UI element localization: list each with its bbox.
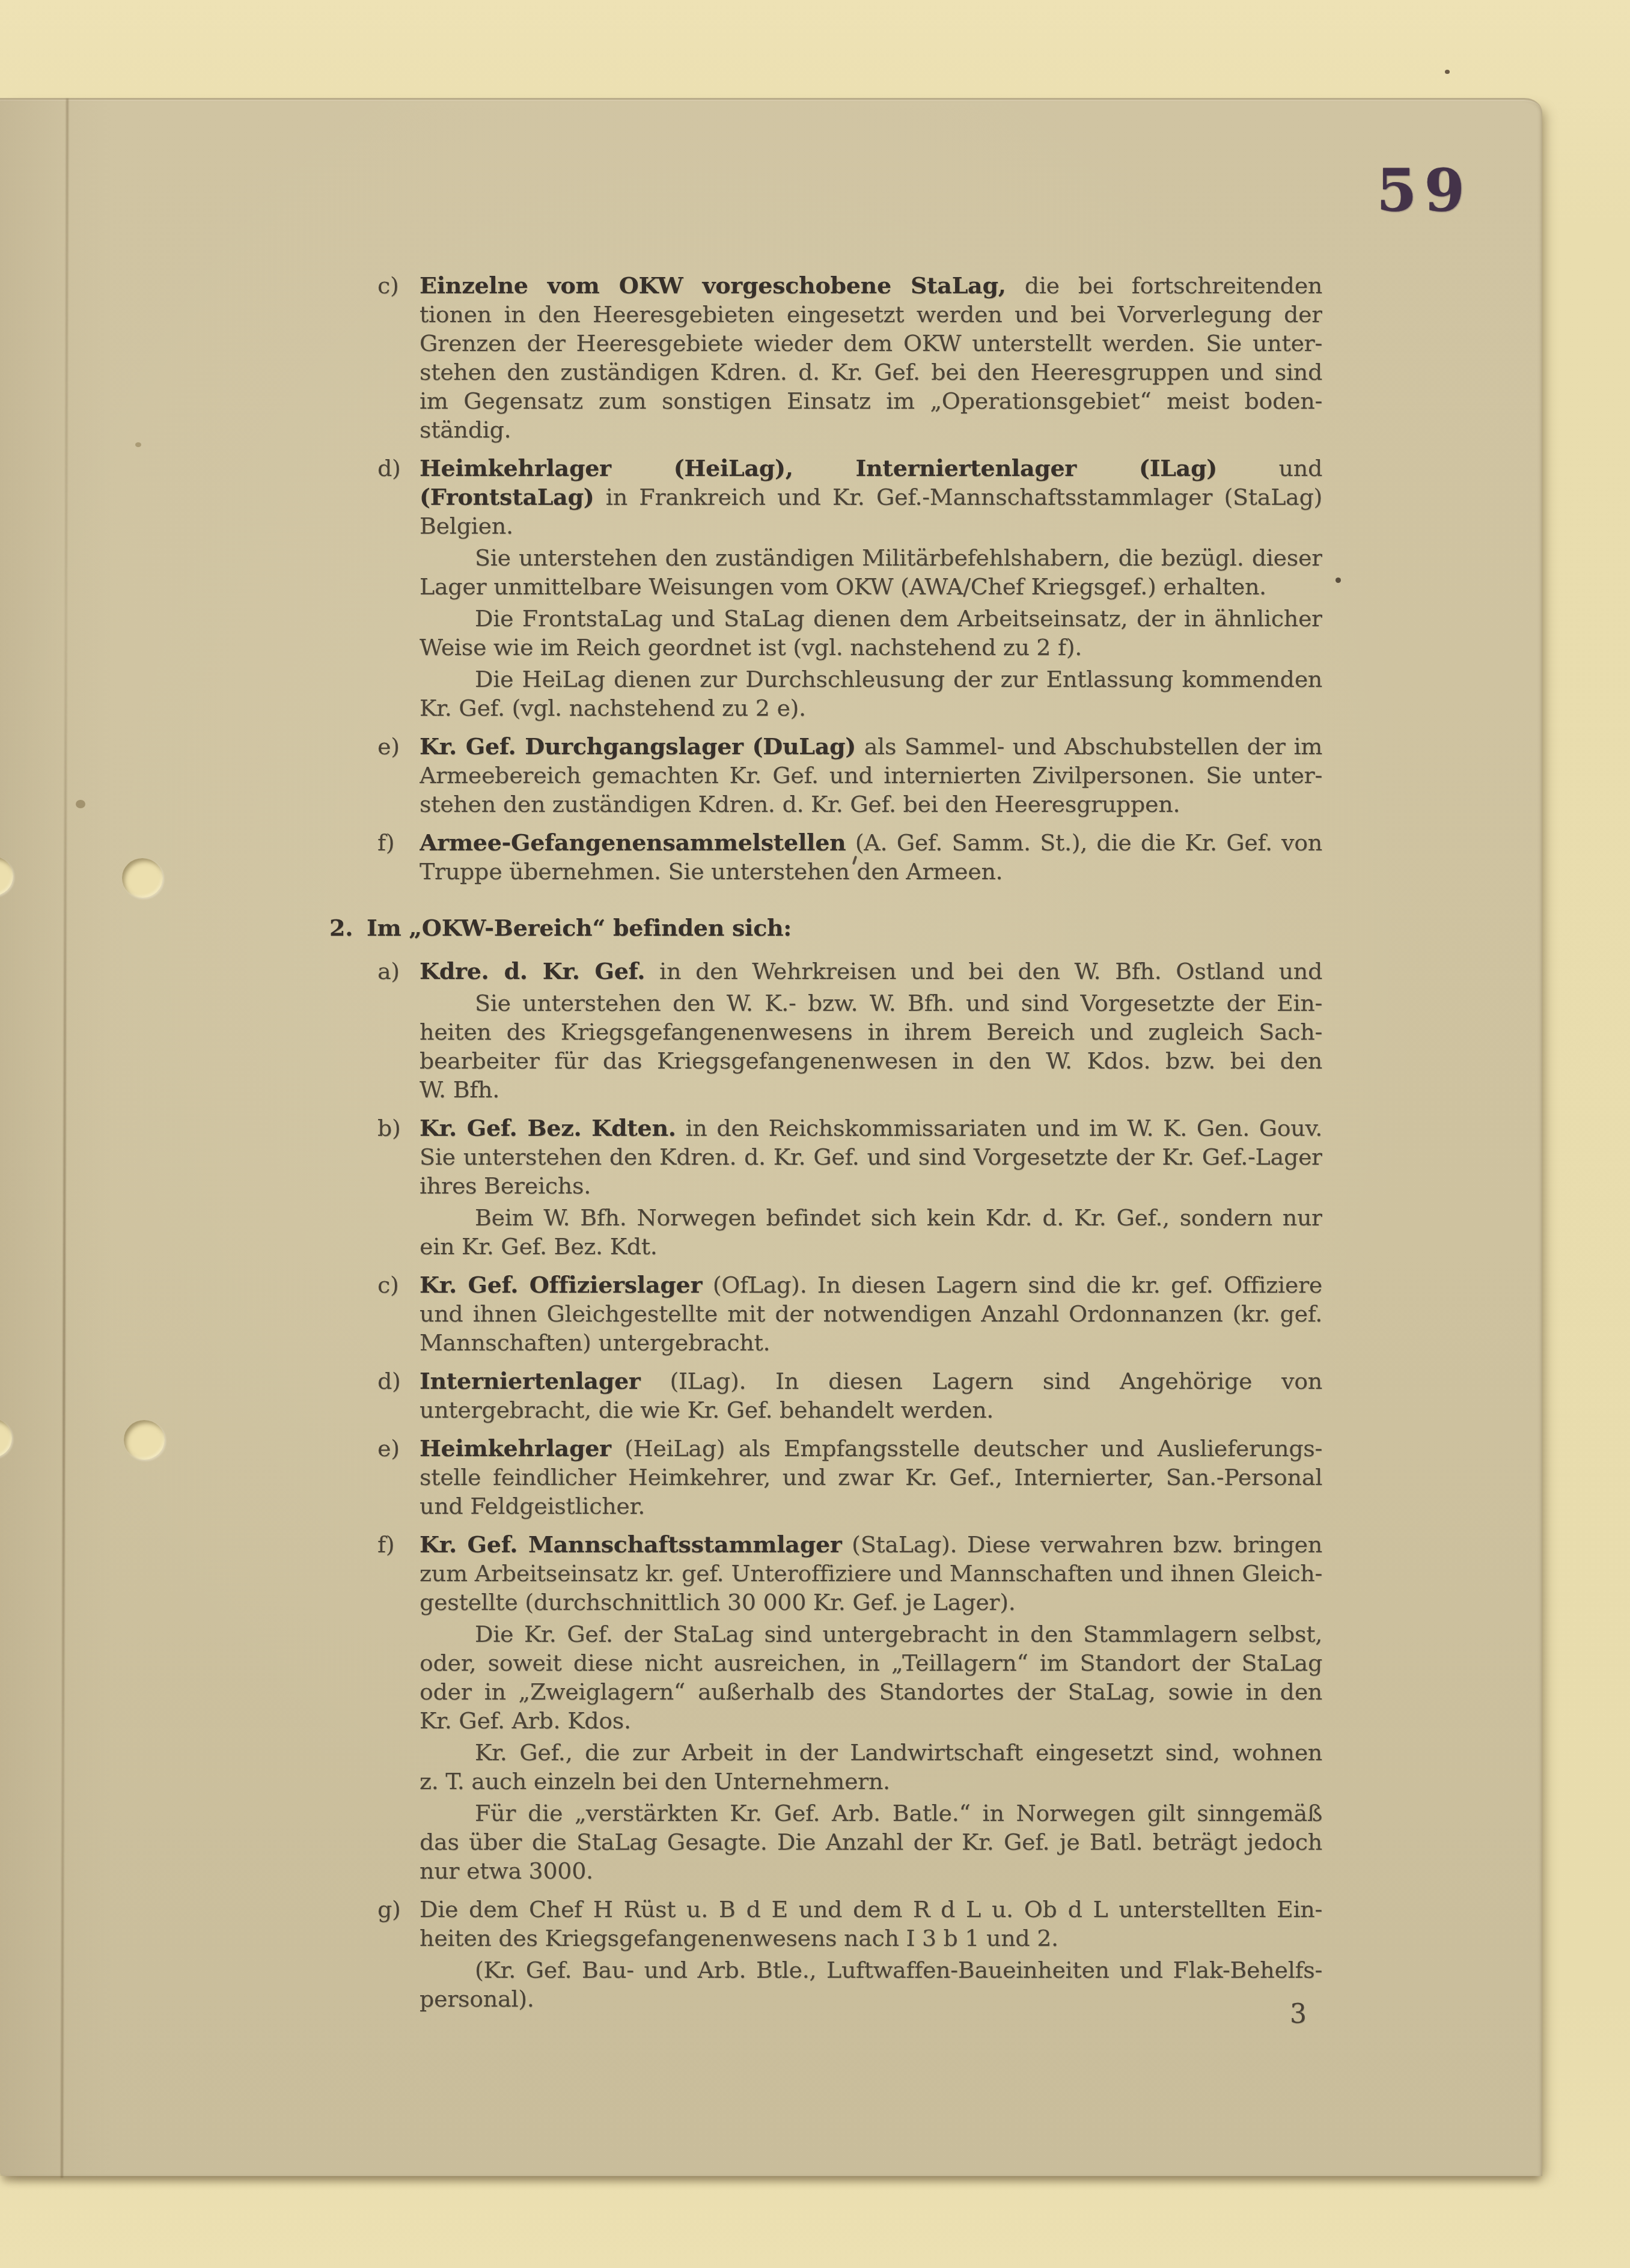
text-line: Armeebereich gemachten Kr. Gef. und inte… (420, 761, 1322, 790)
ink-speck (1335, 578, 1341, 583)
page-number: 3 (1290, 1999, 1307, 2029)
text-line: Kr. Gef. Durchgangslager (DuLag) als Sam… (420, 732, 1322, 761)
text-line: Beim W. Bfh. Norwegen befindet sich kein… (420, 1203, 1322, 1232)
text-run: Die dem Chef H Rüst u. B d E und dem R d… (420, 1896, 1322, 1922)
item-body: Kr. Gef. Durchgangslager (DuLag) als Sam… (420, 732, 1322, 818)
list-item: e)Kr. Gef. Durchgangslager (DuLag) als S… (329, 732, 1322, 818)
text-run: Kr. Gef. Arb. Kdos. (420, 1707, 631, 1734)
text-run: Beim W. Bfh. Norwegen befindet sich kein… (475, 1204, 1322, 1231)
item-body: Armee-Gefangenensammelstellen (A. Gef. S… (420, 828, 1322, 886)
item-body: Kr. Gef. Offizierslager (OfLag). In dies… (420, 1270, 1322, 1357)
text-line: Die HeiLag dienen zur Durchschleusung de… (420, 665, 1322, 694)
text-column: c)Einzelne vom OKW vorgeschobene StaLag,… (329, 261, 1322, 2013)
text-run: Sie unterstehen den W. K.- bzw. W. Bfh. … (475, 990, 1322, 1016)
item-label: c) (377, 271, 420, 444)
punch-hole (122, 858, 163, 898)
text-line: stehen den zuständigen Kdren. d. Kr. Gef… (420, 358, 1322, 386)
stain-spot (76, 800, 85, 808)
paragraph: Interniertenlager (ILag). In diesen Lage… (420, 1367, 1322, 1424)
text-run: und Feldgeistlicher. (420, 1493, 645, 1519)
text-line: oder in „Zweiglagern“ außerhalb des Stan… (420, 1677, 1322, 1706)
list-item: b)Kr. Gef. Bez. Kdten. in den Reichskomm… (329, 1114, 1322, 1261)
text-line: ihres Bereichs. (420, 1171, 1322, 1200)
bold-text-run: Heimkehrlager (420, 1434, 611, 1462)
list-item: d)Heimkehrlager (HeiLag), Interniertenla… (329, 454, 1322, 722)
text-line: Mannschaften) untergebracht. (420, 1328, 1322, 1357)
paragraph: (Kr. Gef. Bau- und Arb. Btle., Luftwaffe… (420, 1956, 1322, 2013)
text-run: Sie unterstehen den zuständigen Militärb… (475, 544, 1322, 571)
text-line: Die dem Chef H Rüst u. B d E und dem R d… (420, 1895, 1322, 1924)
bold-text-run: (FrontstaLag) (420, 483, 594, 510)
paragraph: Beim W. Bfh. Norwegen befindet sich kein… (420, 1203, 1322, 1261)
bold-text-run: Kr. Gef. Offizierslager (420, 1271, 702, 1298)
item-body: Die dem Chef H Rüst u. B d E und dem R d… (420, 1895, 1322, 2013)
list-item: a)Kdre. d. Kr. Gef. in den Wehrkreisen u… (329, 957, 1322, 1104)
bold-text-run: Einzelne vom OKW vorgeschobene StaLag, (420, 272, 1006, 299)
paragraph: Für die „verstärkten Kr. Gef. Arb. Batle… (420, 1799, 1322, 1885)
text-line: bearbeiter für das Kriegsgefangenenwesen… (420, 1046, 1322, 1075)
bold-text-run: Kr. Gef. Bez. Kdten. (420, 1114, 676, 1141)
text-line: gestellte (durchschnittlich 30 000 Kr. G… (420, 1588, 1322, 1617)
text-run: heiten des Kriegsgefangenenwesens in ihr… (420, 1019, 1322, 1045)
item-label: e) (377, 1434, 420, 1520)
paragraph: Heimkehrlager (HeiLag), Interniertenlage… (420, 454, 1322, 540)
text-line: Kr. Gef., die zur Arbeit in der Landwirt… (420, 1738, 1322, 1767)
bold-text-run: Im „OKW-Bereich“ befinden sich: (367, 914, 792, 941)
list-item: f)Armee-Gefangenensammelstellen (A. Gef.… (329, 828, 1322, 886)
text-line: oder, soweit diese nicht ausreichen, in … (420, 1648, 1322, 1677)
text-line: W. Bfh. (420, 1075, 1322, 1104)
text-line: stehen den zuständigen Kdren. d. Kr. Gef… (420, 790, 1322, 818)
text-run: Kr. Gef. (vgl. nachstehend zu 2 e). (420, 695, 806, 721)
text-run: (StaLag). Diese verwahren bzw. bringen (842, 1531, 1322, 1558)
text-run: und ihnen Gleichgestellte mit der notwen… (420, 1300, 1322, 1327)
text-line: untergebracht, die wie Kr. Gef. behandel… (420, 1395, 1322, 1424)
text-line: Kr. Gef. Offizierslager (OfLag). In dies… (420, 1270, 1322, 1299)
item-label: a) (377, 957, 420, 1104)
text-run: stehen den zuständigen Kdren. d. Kr. Gef… (420, 359, 1322, 385)
paragraph: Die FrontstaLag und StaLag dienen dem Ar… (420, 604, 1322, 662)
paragraph: Heimkehrlager (HeiLag) als Empfangsstell… (420, 1434, 1322, 1520)
item-body: Heimkehrlager (HeiLag) als Empfangsstell… (420, 1434, 1322, 1520)
text-run: Truppe übernehmen. Sie unterstehen den A… (420, 858, 1003, 885)
text-run: stehen den zuständigen Kdren. d. Kr. Gef… (420, 791, 1180, 817)
paragraph: Kdre. d. Kr. Gef. in den Wehrkreisen und… (420, 957, 1322, 986)
paragraph: Die HeiLag dienen zur Durchschleusung de… (420, 665, 1322, 722)
text-line: Die FrontstaLag und StaLag dienen dem Ar… (420, 604, 1322, 633)
text-run: heiten des Kriegsgefangenenwesens nach I… (420, 1925, 1058, 1951)
text-line: stelle feindlicher Heimkehrer, und zwar … (420, 1463, 1322, 1492)
text-line: Heimkehrlager (HeiLag), Interniertenlage… (420, 454, 1322, 483)
text-run: in den Reichskommissariaten und im W. K.… (676, 1115, 1322, 1141)
text-line: Heimkehrlager (HeiLag) als Empfangsstell… (420, 1434, 1322, 1463)
text-run: nur etwa 3000. (420, 1858, 593, 1884)
text-line: Im „OKW-Bereich“ befinden sich: (367, 913, 1322, 942)
text-run: Belgien. (420, 513, 513, 539)
text-run: Grenzen der Heeresgebiete wieder dem OKW… (420, 330, 1322, 356)
document-page: 59 c)Einzelne vom OKW vorgeschobene StaL… (0, 98, 1542, 2176)
item-body: Interniertenlager (ILag). In diesen Lage… (420, 1367, 1322, 1424)
text-line: z. T. auch einzeln bei den Unternehmern. (420, 1767, 1322, 1796)
item-label: g) (377, 1895, 420, 2013)
text-line: zum Arbeitseinsatz kr. gef. Unteroffizie… (420, 1559, 1322, 1588)
text-run: (Kr. Gef. Bau- und Arb. Btle., Luftwaffe… (475, 1957, 1322, 1983)
item-label: e) (377, 732, 420, 818)
text-line: Belgien. (420, 511, 1322, 540)
text-run: ständig. (420, 416, 511, 443)
text-run: Kr. Gef., die zur Arbeit in der Landwirt… (475, 1739, 1322, 1766)
text-run: personal). (420, 1986, 534, 2012)
text-line: Weise wie im Reich geordnet ist (vgl. na… (420, 633, 1322, 662)
paragraph: Die dem Chef H Rüst u. B d E und dem R d… (420, 1895, 1322, 1952)
list-item: d)Interniertenlager (ILag). In diesen La… (329, 1367, 1322, 1424)
paragraph: Armee-Gefangenensammelstellen (A. Gef. S… (420, 828, 1322, 886)
text-line: Grenzen der Heeresgebiete wieder dem OKW… (420, 329, 1322, 358)
text-line: Sie unterstehen den zuständigen Militärb… (420, 543, 1322, 572)
text-line: Sie unterstehen den Kdren. d. Kr. Gef. u… (420, 1142, 1322, 1171)
text-line: Die Kr. Gef. der StaLag sind untergebrac… (420, 1620, 1322, 1648)
text-run: tionen in den Heeresgebieten eingesetzt … (420, 301, 1322, 328)
item-label: c) (377, 1270, 420, 1357)
text-run: W. Bfh. (420, 1076, 499, 1103)
text-line: Kr. Gef. Mannschaftsstammlager (StaLag).… (420, 1530, 1322, 1559)
item-label: d) (377, 1367, 420, 1424)
text-run: Für die „verstärkten Kr. Gef. Arb. Batle… (475, 1800, 1322, 1826)
text-line: Kdre. d. Kr. Gef. in den Wehrkreisen und… (420, 957, 1322, 986)
text-line: tionen in den Heeresgebieten eingesetzt … (420, 300, 1322, 329)
text-run: (HeiLag) als Empfangsstelle deutscher un… (611, 1435, 1322, 1462)
text-line: ein Kr. Gef. Bez. Kdt. (420, 1232, 1322, 1261)
text-run: stelle feindlicher Heimkehrer, und zwar … (420, 1464, 1322, 1490)
item-label: f) (377, 828, 420, 886)
paragraph: Sie unterstehen den zuständigen Militärb… (420, 543, 1322, 601)
ink-speck (1445, 70, 1450, 74)
text-run: als Sammel- und Abschubstellen der im (856, 733, 1322, 760)
list-item: c)Einzelne vom OKW vorgeschobene StaLag,… (329, 271, 1322, 444)
list-item: f)Kr. Gef. Mannschaftsstammlager (StaLag… (329, 1530, 1322, 1885)
bold-text-run: Kdre. d. Kr. Gef. (420, 957, 645, 984)
text-run: ein Kr. Gef. Bez. Kdt. (420, 1233, 658, 1260)
text-line: personal). (420, 1984, 1322, 2013)
item-label: b) (377, 1114, 420, 1261)
text-line: Kr. Gef. Bez. Kdten. in den Reichskommis… (420, 1114, 1322, 1142)
text-line: und ihnen Gleichgestellte mit der notwen… (420, 1299, 1322, 1328)
text-run: zum Arbeitseinsatz kr. gef. Unteroffizie… (420, 1560, 1322, 1587)
item-body: Kr. Gef. Mannschaftsstammlager (StaLag).… (420, 1530, 1322, 1885)
item-label: f) (377, 1530, 420, 1885)
paragraph: Kr. Gef. Bez. Kdten. in den Reichskommis… (420, 1114, 1322, 1200)
item-body: Kdre. d. Kr. Gef. in den Wehrkreisen und… (420, 957, 1322, 1104)
paragraph: Kr. Gef. Offizierslager (OfLag). In dies… (420, 1270, 1322, 1357)
text-run: untergebracht, die wie Kr. Gef. behandel… (420, 1397, 994, 1423)
text-line: und Feldgeistlicher. (420, 1492, 1322, 1520)
text-run: Mannschaften) untergebracht. (420, 1329, 770, 1356)
text-run: Lager unmittelbare Weisungen vom OKW (AW… (420, 573, 1266, 600)
text-line: Kr. Gef. (vgl. nachstehend zu 2 e). (420, 694, 1322, 722)
bold-text-run: Kr. Gef. Mannschaftsstammlager (420, 1531, 842, 1558)
text-line: das über die StaLag Gesagte. Die Anzahl … (420, 1828, 1322, 1856)
bold-text-run: Kr. Gef. Durchgangslager (DuLag) (420, 733, 856, 760)
text-line: Armee-Gefangenensammelstellen (A. Gef. S… (420, 828, 1322, 857)
text-line: heiten des Kriegsgefangenenwesens nach I… (420, 1924, 1322, 1952)
text-run: Die FrontstaLag und StaLag dienen dem Ar… (475, 605, 1322, 632)
paragraph: Kr. Gef., die zur Arbeit in der Landwirt… (420, 1738, 1322, 1796)
text-line: Truppe übernehmen. Sie unterstehen den A… (420, 857, 1322, 886)
bold-text-run: Interniertenlager (420, 1367, 641, 1394)
text-run: (OfLag). In diesen Lagern sind die kr. g… (702, 1272, 1322, 1298)
punch-hole (0, 1418, 12, 1458)
section-heading: 2.Im „OKW-Bereich“ befinden sich: (329, 913, 1322, 942)
scan-background: { "colors": { "backing_paper": "#e9ddae"… (0, 0, 1630, 2268)
paragraph: Sie unterstehen den W. K.- bzw. W. Bfh. … (420, 989, 1322, 1104)
text-run: und (1217, 455, 1322, 481)
list-item: g)Die dem Chef H Rüst u. B d E und dem R… (329, 1895, 1322, 2013)
text-run: Armeebereich gemachten Kr. Gef. und inte… (420, 762, 1322, 788)
heading-number: 2. (329, 913, 367, 942)
paragraph: Im „OKW-Bereich“ befinden sich: (367, 913, 1322, 942)
text-run: das über die StaLag Gesagte. Die Anzahl … (420, 1829, 1322, 1855)
text-line: (FrontstaLag) in Frankreich und Kr. Gef.… (420, 483, 1322, 511)
paragraph: Kr. Gef. Mannschaftsstammlager (StaLag).… (420, 1530, 1322, 1617)
text-line: Lager unmittelbare Weisungen vom OKW (AW… (420, 572, 1322, 601)
bold-text-run: Armee-Gefangenensammelstellen (420, 829, 846, 856)
text-line: ständig. (420, 415, 1322, 444)
paragraph: Einzelne vom OKW vorgeschobene StaLag, d… (420, 271, 1322, 444)
text-run: z. T. auch einzeln bei den Unternehmern. (420, 1768, 890, 1794)
paragraph: Kr. Gef. Durchgangslager (DuLag) als Sam… (420, 732, 1322, 818)
text-line: heiten des Kriegsgefangenenwesens in ihr… (420, 1017, 1322, 1046)
item-label: d) (377, 454, 420, 722)
text-run: oder in „Zweiglagern“ außerhalb des Stan… (420, 1678, 1322, 1705)
text-line: Sie unterstehen den W. K.- bzw. W. Bfh. … (420, 989, 1322, 1017)
text-line: Einzelne vom OKW vorgeschobene StaLag, d… (420, 271, 1322, 300)
text-line: nur etwa 3000. (420, 1856, 1322, 1885)
stamp-page-number: 59 (1376, 156, 1472, 225)
text-line: Kr. Gef. Arb. Kdos. (420, 1706, 1322, 1735)
text-run: ihres Bereichs. (420, 1172, 591, 1199)
text-run: bearbeiter für das Kriegsgefangenenwesen… (420, 1047, 1322, 1074)
list-item: c)Kr. Gef. Offizierslager (OfLag). In di… (329, 1270, 1322, 1357)
text-line: (Kr. Gef. Bau- und Arb. Btle., Luftwaffe… (420, 1956, 1322, 1984)
paragraph: Die Kr. Gef. der StaLag sind untergebrac… (420, 1620, 1322, 1735)
item-body: Einzelne vom OKW vorgeschobene StaLag, d… (420, 271, 1322, 444)
text-run: Sie unterstehen den Kdren. d. Kr. Gef. u… (420, 1144, 1322, 1170)
item-body: Heimkehrlager (HeiLag), Interniertenlage… (420, 454, 1322, 722)
text-run: im Gegensatz zum sonstigen Einsatz im „O… (420, 388, 1322, 414)
text-run: oder, soweit diese nicht ausreichen, in … (420, 1650, 1322, 1676)
list-item: e)Heimkehrlager (HeiLag) als Empfangsste… (329, 1434, 1322, 1520)
text-run: Weise wie im Reich geordnet ist (vgl. na… (420, 634, 1082, 660)
text-run: Die HeiLag dienen zur Durchschleusung de… (475, 666, 1322, 692)
fold-crease-line (61, 99, 69, 2178)
item-body: Im „OKW-Bereich“ befinden sich: (367, 913, 1322, 942)
text-line: im Gegensatz zum sonstigen Einsatz im „O… (420, 386, 1322, 415)
punch-hole (0, 856, 13, 896)
text-run: gestellte (durchschnittlich 30 000 Kr. G… (420, 1589, 1016, 1615)
text-line: Für die „verstärkten Kr. Gef. Arb. Batle… (420, 1799, 1322, 1828)
text-run: Die Kr. Gef. der StaLag sind untergebrac… (475, 1621, 1322, 1647)
item-body: Kr. Gef. Bez. Kdten. in den Reichskommis… (420, 1114, 1322, 1261)
bold-text-run: Heimkehrlager (HeiLag), Interniertenlage… (420, 454, 1217, 481)
punch-hole (124, 1420, 165, 1460)
stain-spot (135, 442, 141, 447)
text-line: Interniertenlager (ILag). In diesen Lage… (420, 1367, 1322, 1395)
